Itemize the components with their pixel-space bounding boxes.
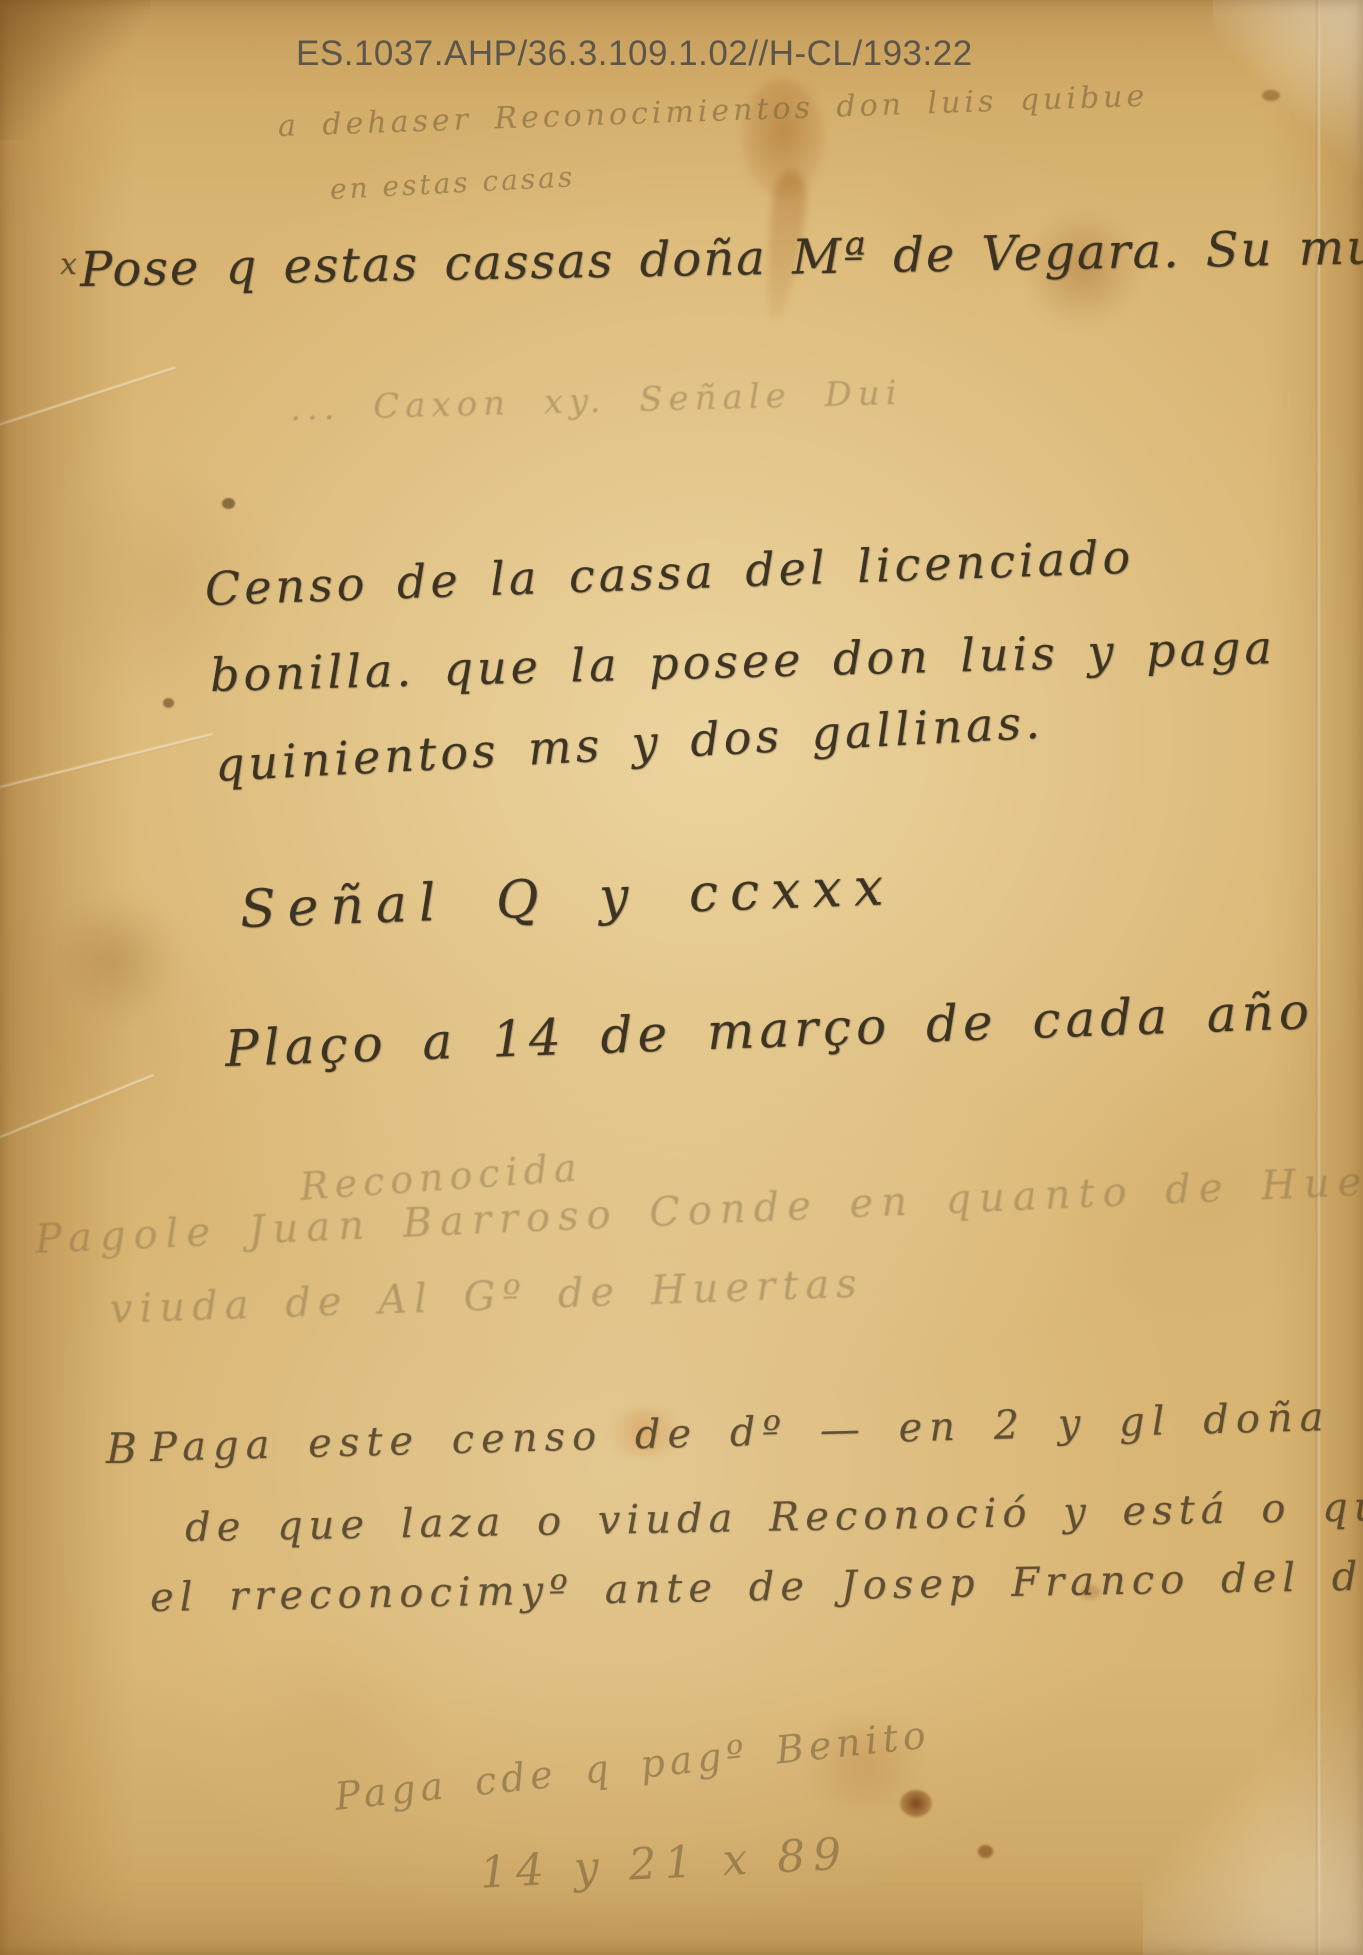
margin-mark-b: B (106, 1428, 137, 1470)
censo-line-2: bonilla. que la posee don luis y paga (209, 624, 1276, 698)
payment-note-line-2: 14 y 21 x 89 (479, 1833, 850, 1896)
censo-line-3: quinientos ms y dos gallinas. (214, 699, 1045, 788)
ink-spot-small (163, 698, 174, 708)
annotation-line-1: a dehaser Reconocimientos don luis quibu… (277, 82, 1148, 142)
corner-shadow-top-left (0, 0, 150, 140)
archive-reference: ES.1037.AHP/36.3.109.1.02//H-CL/193:22 (296, 34, 973, 74)
paga-line-2: de que laza o viuda Reconoció y está o q… (185, 1487, 1363, 1548)
payment-note-line-1: Paga cde q pagº Benito (333, 1716, 932, 1816)
annotation-line-2: en estas casas (329, 163, 576, 204)
paga-line-3: el rreconocimyº ante de Josep Franco del… (150, 1556, 1363, 1618)
senal-line: Señal Q y ccxxx (239, 861, 896, 936)
censo-line-1: Censo de la cassa del licenciado (204, 534, 1135, 612)
caxon-line: ... Caxon xy. Señale Dui (290, 376, 903, 426)
paga-line-1: Paga este censo de dº — en 2 y gl doña m… (149, 1394, 1363, 1468)
fold-crease (0, 1073, 155, 1140)
ink-spot-small (978, 1845, 993, 1858)
fold-crease (0, 732, 213, 792)
parchment-page: ES.1037.AHP/36.3.109.1.02//H-CL/193:22 a… (0, 0, 1363, 1955)
smudge-stain-left (45, 905, 185, 1015)
reconocida-line-3: viuda de Al Gº de Huertas (109, 1264, 864, 1330)
margin-mark-x: x (60, 250, 77, 280)
ink-spot-small (222, 498, 235, 509)
plazo-line: Plaço a 14 de março de cada año (224, 986, 1314, 1074)
corner-highlight-bottom-right (1143, 1615, 1363, 1955)
possession-line: Pose q estas cassas doña Mª de Vegara. S… (80, 222, 1363, 294)
corner-highlight-top-right (1213, 0, 1363, 190)
ink-spot-large (900, 1790, 932, 1817)
fold-crease (0, 366, 176, 429)
reconocida-line-2: Pagole Juan Barroso Conde en quanto de H… (34, 1158, 1363, 1260)
